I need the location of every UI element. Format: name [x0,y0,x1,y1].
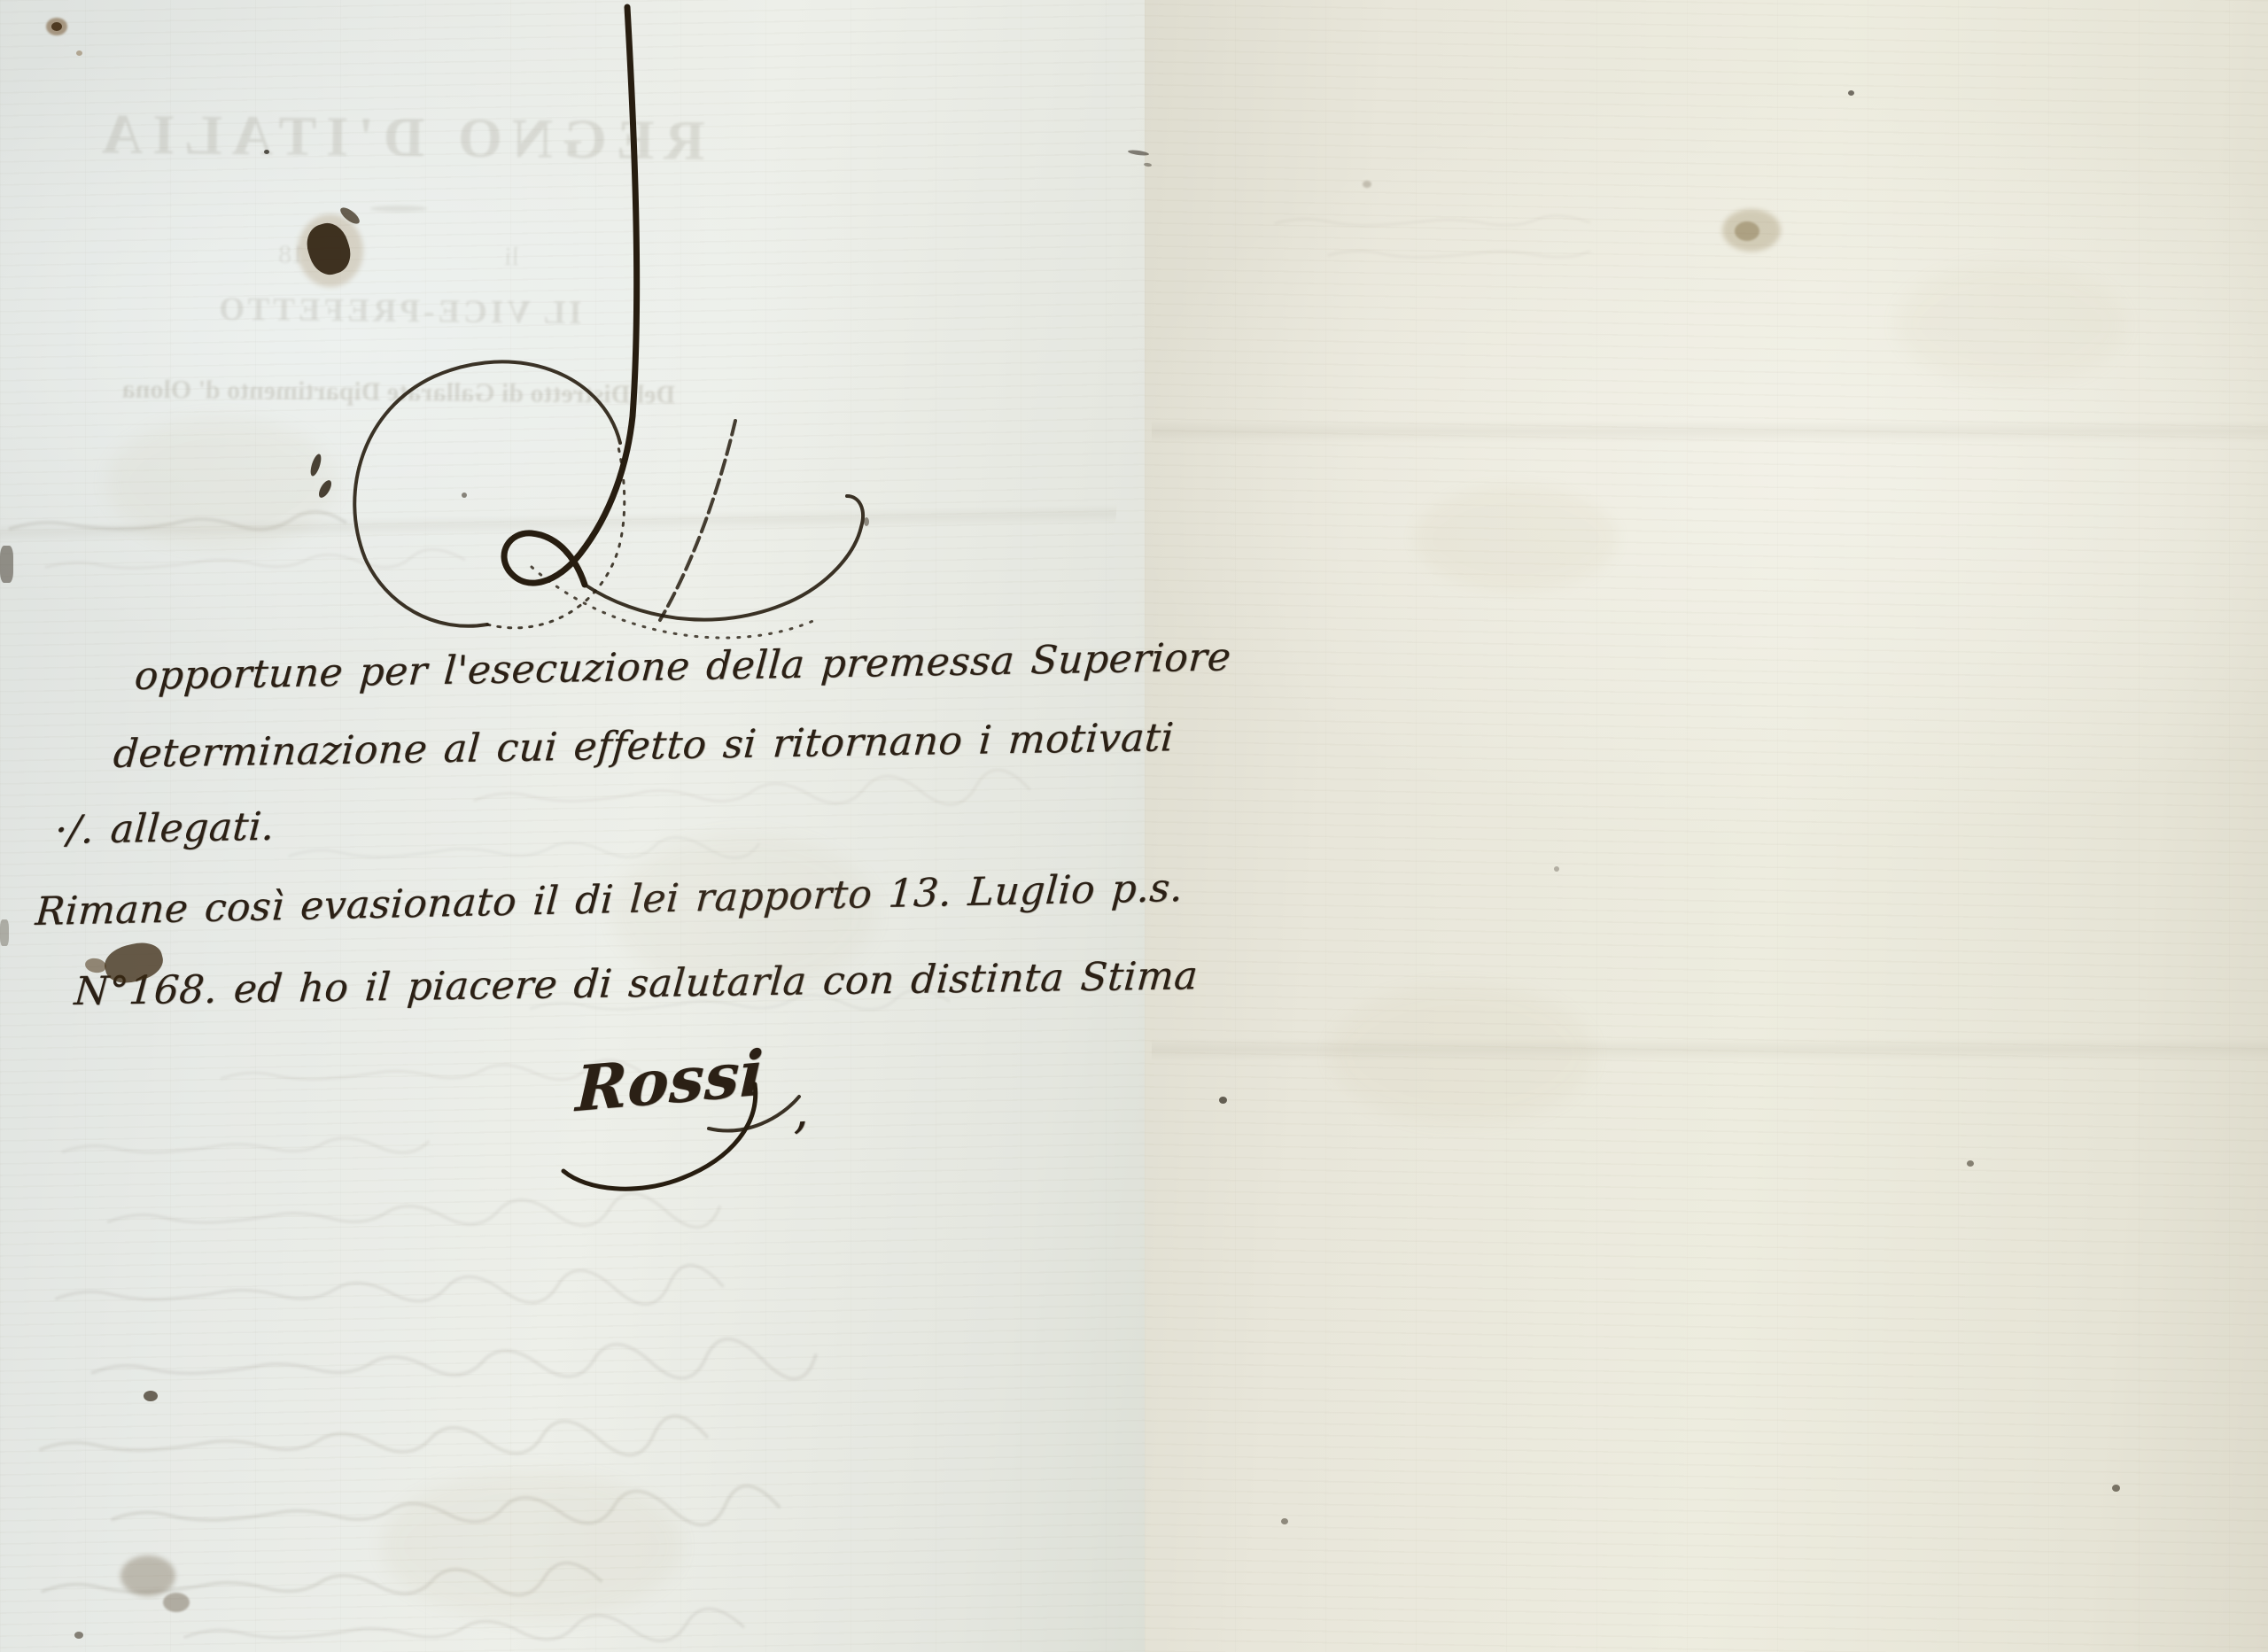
bleedthrough-title: REGNO D'ITALIA [0,100,797,174]
right-page [1145,0,2268,1652]
handwritten-line: ·/. allegati. [53,804,276,853]
bleedthrough-ornament [370,206,427,212]
document-scan: REGNO D'ITALIA li 18 IL VICE-PREFETTO De… [0,0,2268,1652]
